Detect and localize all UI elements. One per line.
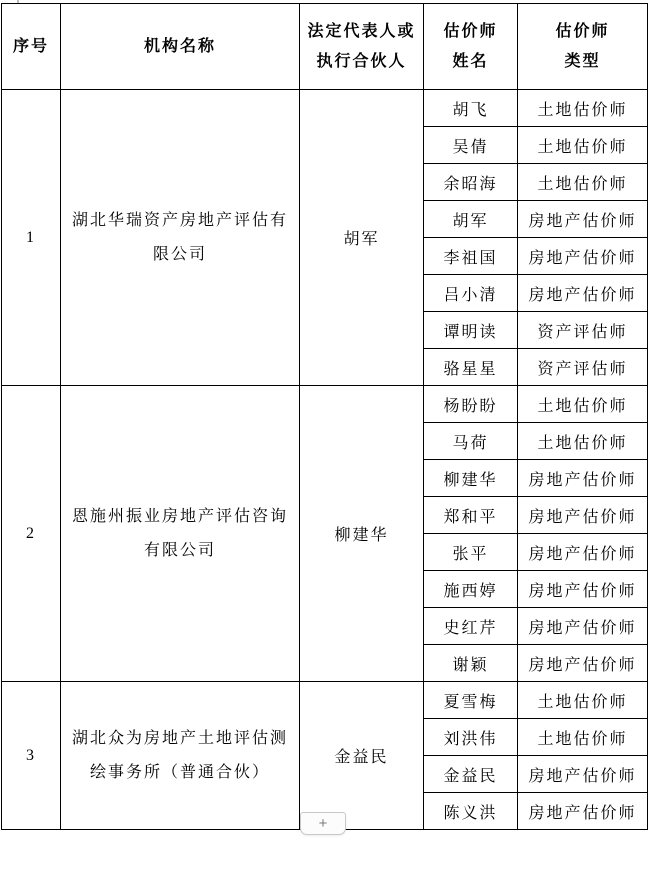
appraiser-name-cell: 骆星星 [424,349,518,386]
representative-cell: 金益民 [300,682,424,830]
appraiser-type-cell: 资产评估师 [518,349,648,386]
header-org-name: 机构名称 [61,4,300,90]
appraiser-name-cell: 陈义洪 [424,793,518,830]
appraiser-name-cell: 金益民 [424,756,518,793]
org-name-cell: 恩施州振业房地产评估咨询有限公司 [61,386,300,682]
appraiser-type-cell: 房地产估价师 [518,756,648,793]
serial-cell: 1 [2,90,61,386]
header-appraiser-type: 估价师 类型 [518,4,648,90]
add-row-button[interactable]: + [300,812,346,835]
table-row: 2恩施州振业房地产评估咨询有限公司柳建华杨盼盼土地估价师 [2,386,648,423]
appraiser-name-cell: 刘洪伟 [424,719,518,756]
appraiser-name-cell: 夏雪梅 [424,682,518,719]
appraiser-name-cell: 张平 [424,534,518,571]
serial-cell: 2 [2,386,61,682]
header-row: 序号 机构名称 法定代表人或 执行合伙人 估价师 姓名 估价师 类型 [2,4,648,90]
representative-cell: 胡军 [300,90,424,386]
appraiser-type-cell: 房地产估价师 [518,497,648,534]
appraiser-type-cell: 房地产估价师 [518,571,648,608]
appraiser-type-cell: 房地产估价师 [518,793,648,830]
header-representative: 法定代表人或 执行合伙人 [300,4,424,90]
appraiser-type-cell: 土地估价师 [518,423,648,460]
appraiser-name-cell: 柳建华 [424,460,518,497]
appraiser-type-cell: 土地估价师 [518,127,648,164]
appraiser-name-cell: 吴倩 [424,127,518,164]
appraiser-type-cell: 土地估价师 [518,719,648,756]
appraiser-name-cell: 胡军 [424,201,518,238]
appraiser-type-cell: 资产评估师 [518,312,648,349]
appraiser-type-cell: 房地产估价师 [518,460,648,497]
appraiser-type-cell: 土地估价师 [518,386,648,423]
appraiser-name-cell: 余昭海 [424,164,518,201]
appraiser-name-cell: 谢颖 [424,645,518,682]
header-appraiser-name: 估价师 姓名 [424,4,518,90]
appraiser-name-cell: 杨盼盼 [424,386,518,423]
appraiser-type-cell: 房地产估价师 [518,275,648,312]
appraiser-type-cell: 房地产估价师 [518,238,648,275]
appraiser-type-cell: 土地估价师 [518,90,648,127]
appraiser-name-cell: 施西婷 [424,571,518,608]
appraiser-name-cell: 史红芹 [424,608,518,645]
appraiser-table: 序号 机构名称 法定代表人或 执行合伙人 估价师 姓名 估价师 类型 1湖北华瑞… [1,3,648,830]
appraiser-name-cell: 郑和平 [424,497,518,534]
appraiser-name-cell: 马荷 [424,423,518,460]
appraiser-type-cell: 房地产估价师 [518,608,648,645]
appraiser-name-cell: 谭明读 [424,312,518,349]
appraiser-type-cell: 房地产估价师 [518,645,648,682]
org-name-cell: 湖北众为房地产土地评估测绘事务所（普通合伙） [61,682,300,830]
serial-cell: 3 [2,682,61,830]
representative-cell: 柳建华 [300,386,424,682]
org-name-cell: 湖北华瑞资产房地产评估有限公司 [61,90,300,386]
appraiser-type-cell: 房地产估价师 [518,201,648,238]
appraiser-name-cell: 吕小清 [424,275,518,312]
page: 序号 机构名称 法定代表人或 执行合伙人 估价师 姓名 估价师 类型 1湖北华瑞… [0,0,648,871]
appraiser-name-cell: 李祖国 [424,238,518,275]
header-serial: 序号 [2,4,61,90]
appraiser-type-cell: 土地估价师 [518,164,648,201]
appraiser-name-cell: 胡飞 [424,90,518,127]
appraiser-type-cell: 土地估价师 [518,682,648,719]
table-row: 1湖北华瑞资产房地产评估有限公司胡军胡飞土地估价师 [2,90,648,127]
appraiser-type-cell: 房地产估价师 [518,534,648,571]
table-row: 3湖北众为房地产土地评估测绘事务所（普通合伙）金益民夏雪梅土地估价师 [2,682,648,719]
